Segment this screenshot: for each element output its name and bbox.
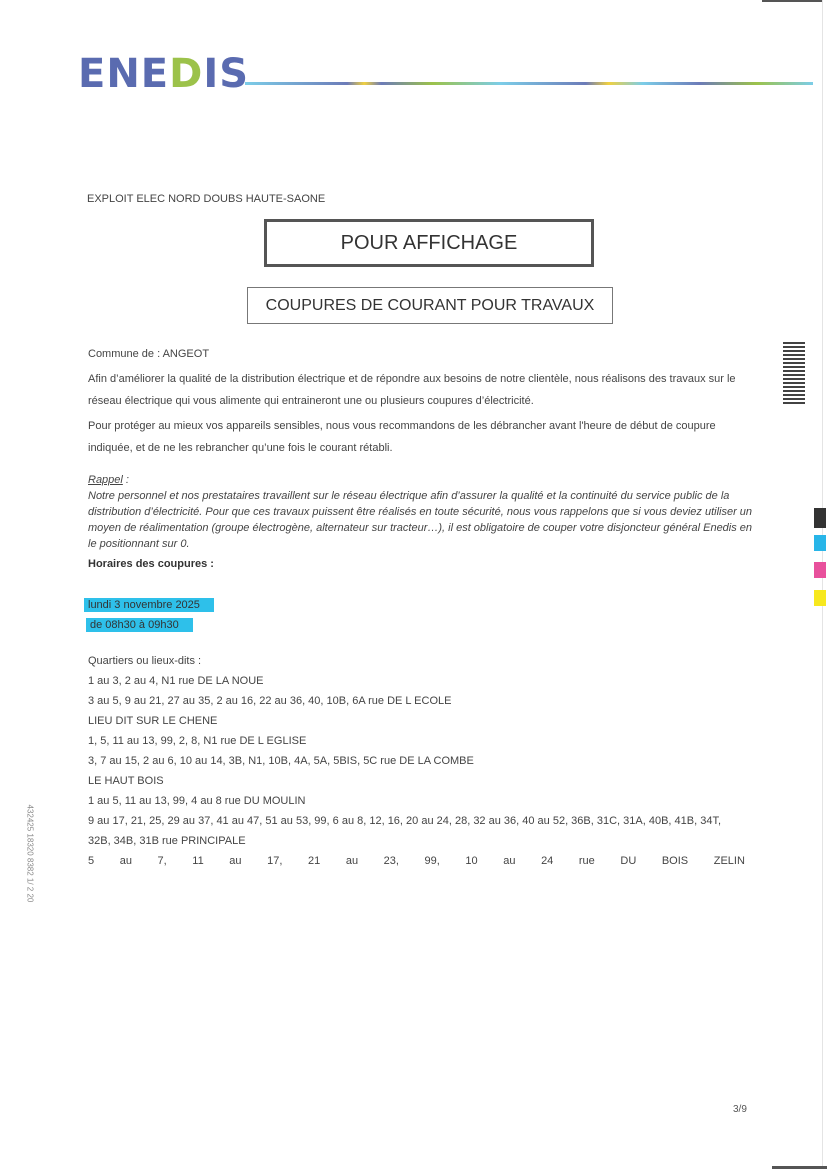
- location-line: 9 au 17, 21, 25, 29 au 37, 41 au 47, 51 …: [88, 811, 758, 831]
- print-mark-black: [814, 508, 826, 528]
- commune: Commune de : ANGEOT: [88, 343, 758, 365]
- location-word: 17,: [267, 851, 282, 871]
- rappel-block: Rappel : Notre personnel et nos prestata…: [88, 472, 758, 552]
- print-mark-cyan: [814, 535, 826, 551]
- location-word: DU: [620, 851, 636, 871]
- location-word: rue: [579, 851, 595, 871]
- scan-mark-top: [762, 0, 822, 2]
- advice-paragraph: Pour protéger au mieux vos appareils sen…: [88, 415, 758, 459]
- service-name: EXPLOIT ELEC NORD DOUBS HAUTE-SAONE: [87, 193, 325, 205]
- location-line: LE HAUT BOIS: [88, 771, 758, 791]
- margin-code: 432425 18320 8382 1/ 2 20: [26, 805, 35, 945]
- location-line: 1 au 3, 2 au 4, N1 rue DE LA NOUE: [88, 671, 758, 691]
- location-word: 99,: [425, 851, 440, 871]
- intro-paragraph: Afin d’améliorer la qualité de la distri…: [88, 368, 758, 412]
- page-number: 3/9: [733, 1104, 747, 1115]
- outage-time-text: de 08h30 à 09h30: [86, 618, 193, 632]
- location-word: BOIS: [662, 851, 688, 871]
- location-line: 3, 7 au 15, 2 au 6, 10 au 14, 3B, N1, 10…: [88, 751, 758, 771]
- location-word: 11: [192, 851, 203, 871]
- location-line: LIEU DIT SUR LE CHENE: [88, 711, 758, 731]
- logo-part: ENE: [78, 51, 169, 97]
- main-title: POUR AFFICHAGE: [264, 219, 594, 267]
- horaires-label: Horaires des coupures :: [88, 553, 214, 575]
- outage-date: lundi 3 novembre 2025: [84, 595, 214, 613]
- location-word: au: [346, 851, 358, 871]
- page-edge: [822, 0, 823, 1169]
- location-line: 1, 5, 11 au 13, 99, 2, 8, N1 rue DE L EG…: [88, 731, 758, 751]
- sub-title: COUPURES DE COURANT POUR TRAVAUX: [247, 287, 613, 324]
- location-word: au: [229, 851, 241, 871]
- logo-part-accent: D: [169, 51, 203, 97]
- location-line: 32B, 34B, 31B rue PRINCIPALE: [88, 831, 758, 851]
- outage-time: de 08h30 à 09h30: [86, 615, 193, 633]
- location-word: 21: [308, 851, 320, 871]
- location-word: 7,: [158, 851, 167, 871]
- print-mark-yellow: [814, 590, 826, 606]
- location-word: au: [503, 851, 515, 871]
- logo-rule: [245, 82, 813, 85]
- rappel-label: Rappel: [88, 474, 123, 486]
- quartiers-label: Quartiers ou lieux-dits :: [88, 651, 758, 671]
- enedis-logo: ENEDIS: [78, 52, 249, 96]
- location-line-justified: 5au7,11au17,21au23,99,10au24rueDUBOISZEL…: [88, 851, 745, 871]
- datamatrix-code: [783, 340, 805, 404]
- location-word: 24: [541, 851, 553, 871]
- location-line: 3 au 5, 9 au 21, 27 au 35, 2 au 16, 22 a…: [88, 691, 758, 711]
- locations-block: Quartiers ou lieux-dits : 1 au 3, 2 au 4…: [88, 651, 758, 871]
- print-mark-magenta: [814, 562, 826, 578]
- rappel-colon: :: [123, 474, 129, 486]
- rappel-text: Notre personnel et nos prestataires trav…: [88, 488, 758, 552]
- outage-date-text: lundi 3 novembre 2025: [84, 598, 214, 612]
- location-word: 23,: [384, 851, 399, 871]
- location-word: ZELIN: [714, 851, 745, 871]
- location-word: au: [120, 851, 132, 871]
- location-word: 10: [465, 851, 477, 871]
- logo-part: IS: [203, 51, 249, 97]
- location-word: 5: [88, 851, 94, 871]
- location-line: 1 au 5, 11 au 13, 99, 4 au 8 rue DU MOUL…: [88, 791, 758, 811]
